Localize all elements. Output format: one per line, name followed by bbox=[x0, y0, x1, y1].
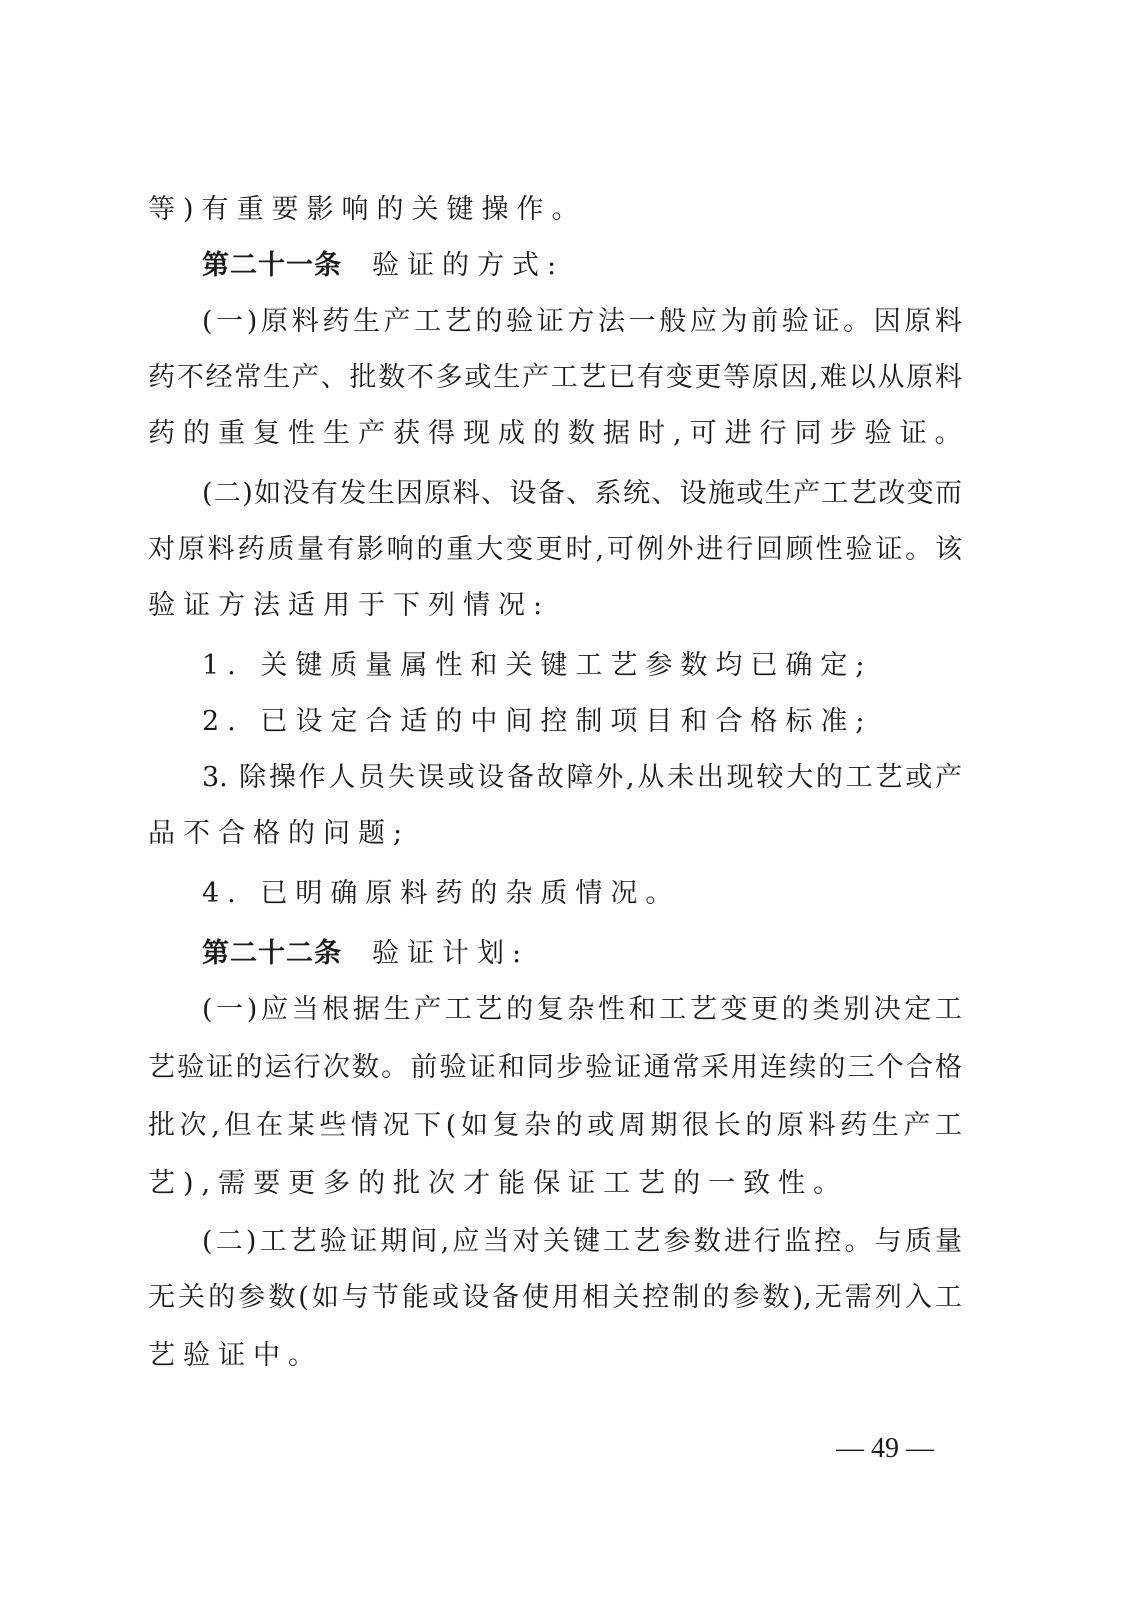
list-item: 1. 关键质量属性和关键工艺参数均已确定; bbox=[202, 646, 962, 686]
article-title: 验证的方式: bbox=[372, 250, 564, 281]
list-item: 4. 已明确原料药的杂质情况。 bbox=[202, 874, 962, 914]
text-line: 验证方法适用于下列情况: bbox=[148, 586, 962, 626]
document-page: 等)有重要影响的关键操作。 第二十一条验证的方式: (一)原料药生产工艺的验证方… bbox=[0, 0, 1131, 1600]
text-line: 艺验证中。 bbox=[148, 1336, 962, 1376]
text-line: (二)工艺验证期间,应当对关键工艺参数进行监控。与质量 bbox=[202, 1222, 962, 1262]
text-line: 艺验证的运行次数。前验证和同步验证通常采用连续的三个合格 bbox=[148, 1048, 962, 1088]
list-item: 2. 已设定合适的中间控制项目和合格标准; bbox=[202, 702, 962, 742]
text-line: (一)应当根据生产工艺的复杂性和工艺变更的类别决定工 bbox=[202, 990, 962, 1030]
article-number: 第二十二条 bbox=[202, 938, 342, 969]
text-line: 无关的参数(如与节能或设备使用相关控制的参数),无需列入工 bbox=[148, 1278, 962, 1318]
text-line: 对原料药质量有影响的重大变更时,可例外进行回顾性验证。该 bbox=[148, 530, 962, 570]
list-item: 3. 除操作人员失误或设备故障外,从未出现较大的工艺或产 bbox=[202, 758, 962, 798]
text-line: 等)有重要影响的关键操作。 bbox=[148, 190, 962, 230]
text-line: (二)如没有发生因原料、设备、系统、设施或生产工艺改变而 bbox=[202, 474, 962, 514]
text-line: 批次,但在某些情况下(如复杂的或周期很长的原料药生产工 bbox=[148, 1106, 962, 1146]
text-line: 药的重复性生产获得现成的数据时,可进行同步验证。 bbox=[148, 414, 962, 454]
article-22-heading: 第二十二条验证计划: bbox=[202, 934, 962, 974]
page-number: — 49 — bbox=[830, 1432, 940, 1466]
text-line: 品不合格的问题; bbox=[148, 814, 962, 854]
article-number: 第二十一条 bbox=[202, 250, 342, 281]
text-line: (一)原料药生产工艺的验证方法一般应为前验证。因原料 bbox=[202, 302, 962, 342]
text-line: 艺),需要更多的批次才能保证工艺的一致性。 bbox=[148, 1164, 962, 1204]
article-21-heading: 第二十一条验证的方式: bbox=[202, 246, 962, 286]
article-title: 验证计划: bbox=[372, 938, 529, 969]
text-line: 药不经常生产、批数不多或生产工艺已有变更等原因,难以从原料 bbox=[148, 358, 962, 398]
